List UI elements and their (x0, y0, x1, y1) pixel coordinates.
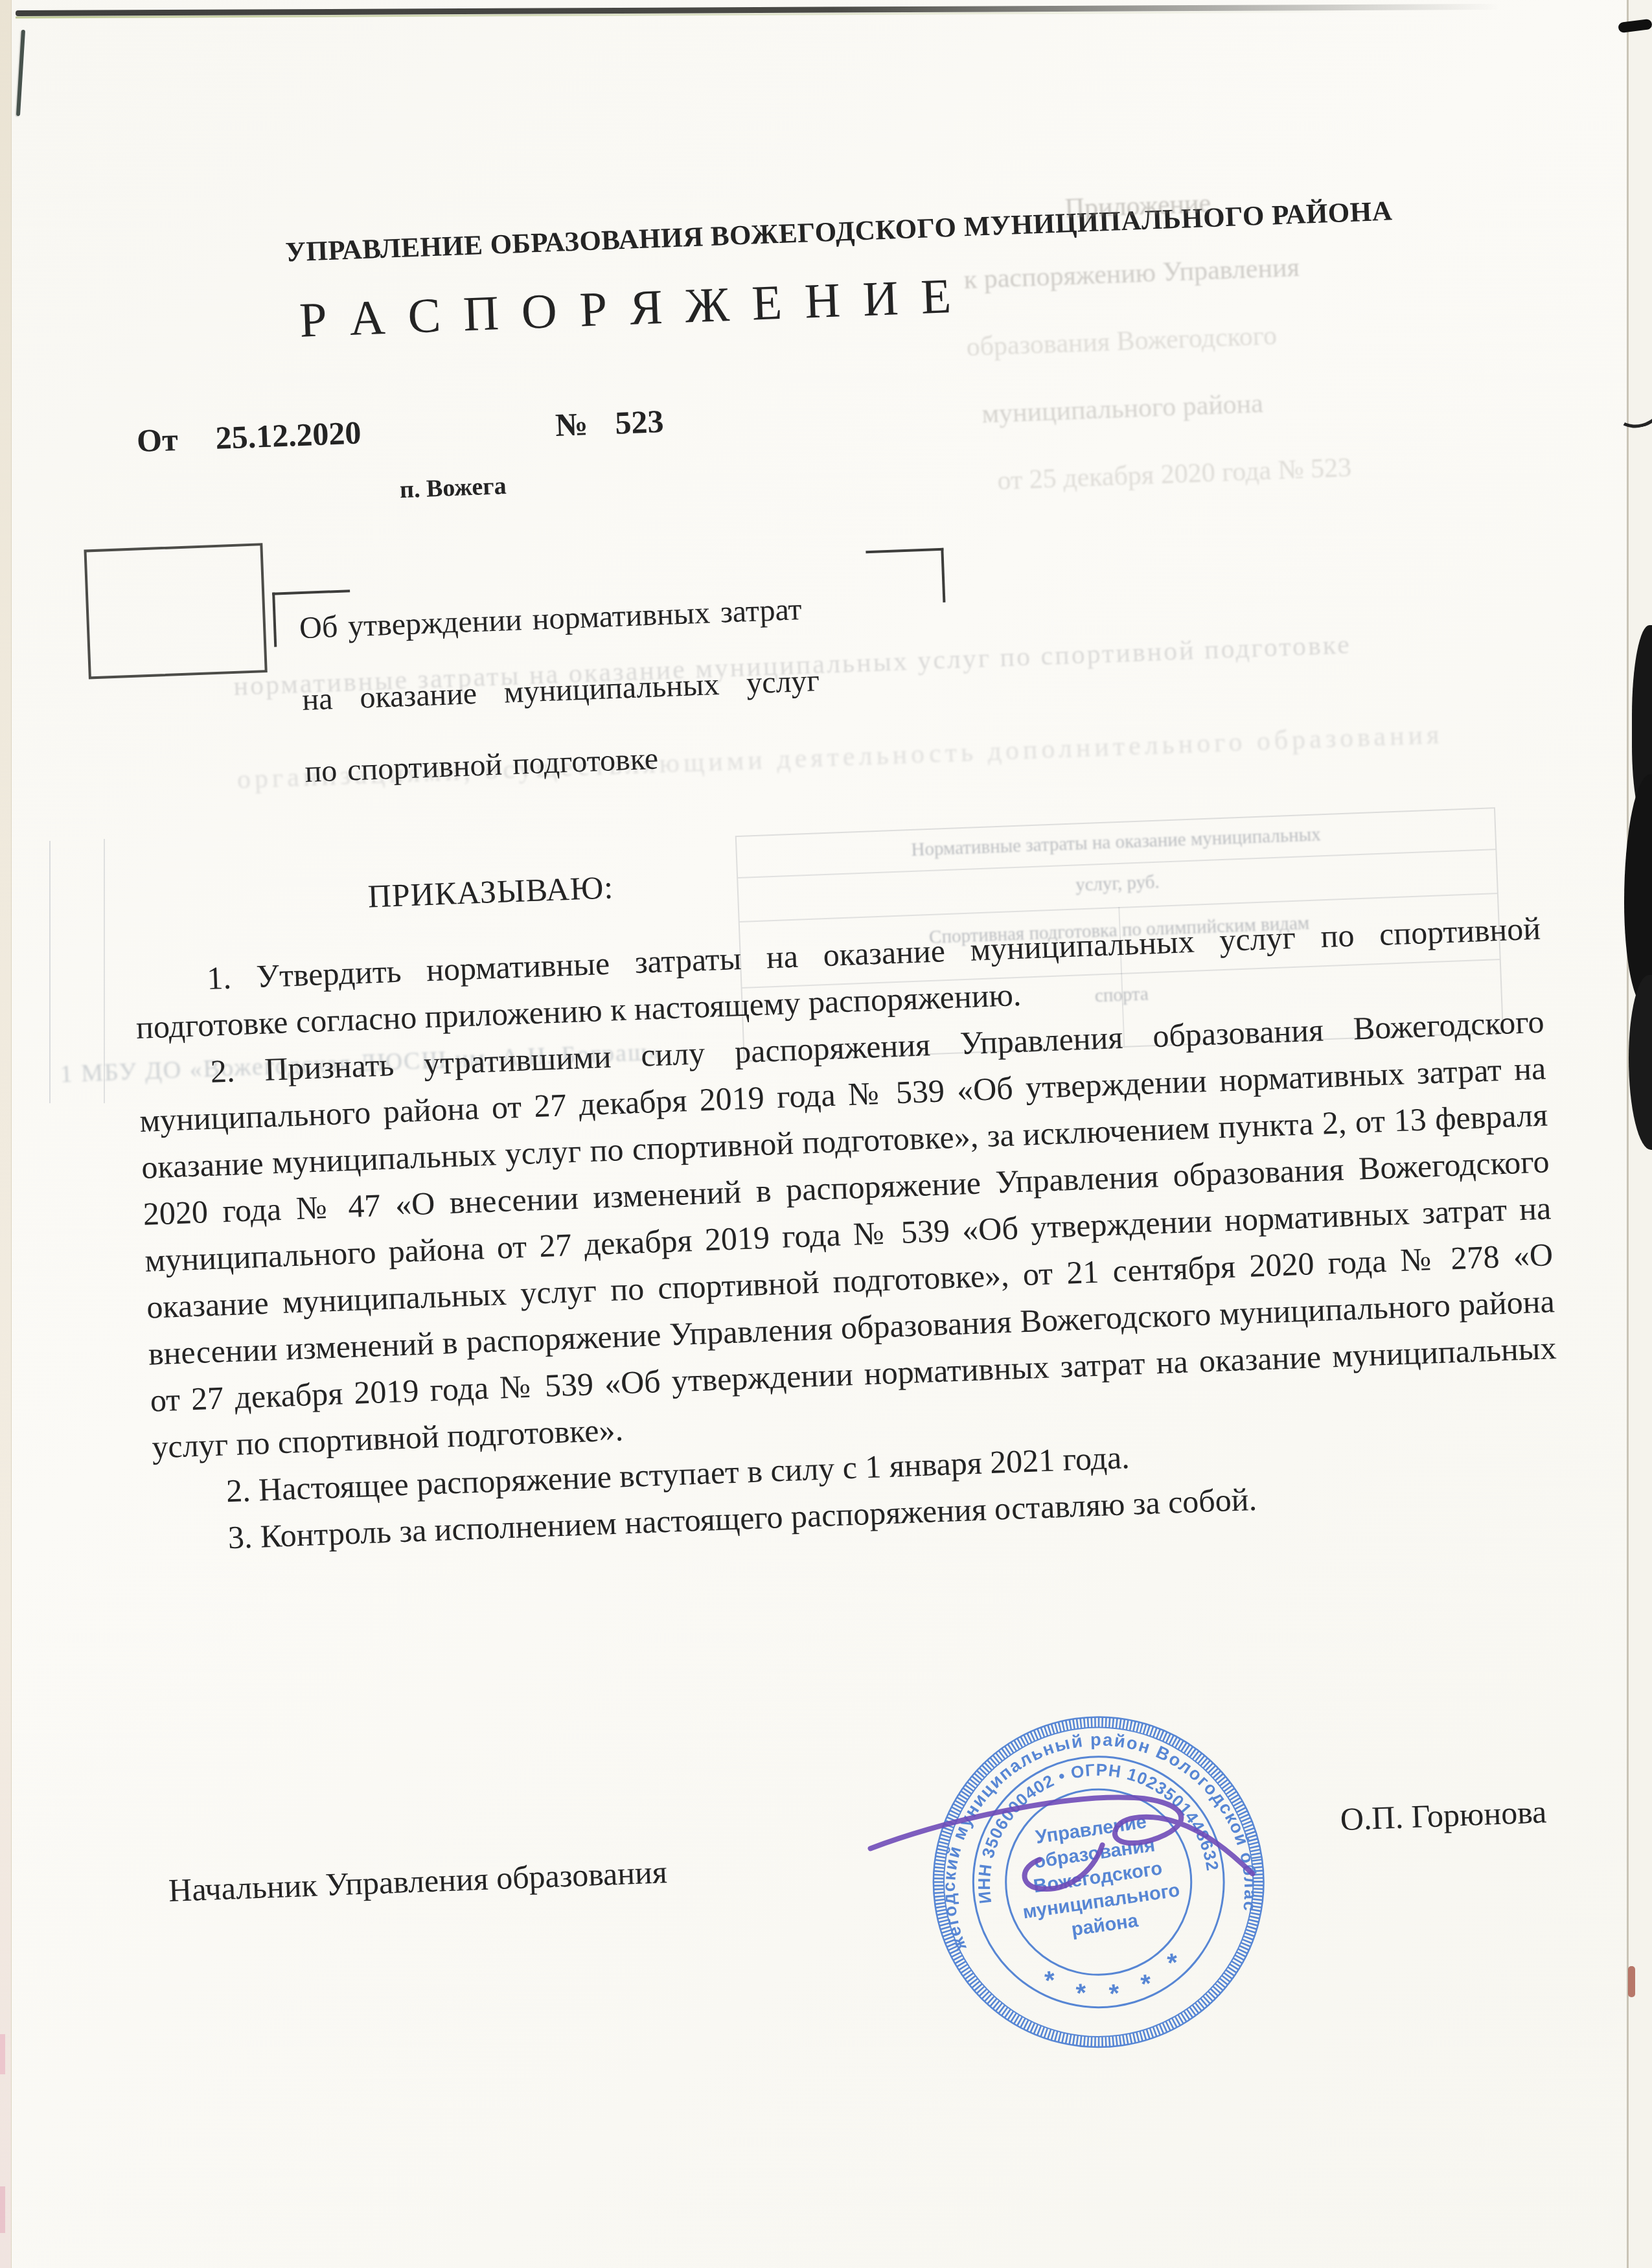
number-label: № (555, 406, 588, 443)
document-body: 1. Утвердить нормативные затраты на оказ… (133, 905, 1563, 1564)
signer-name: О.П. Горюнова (1340, 1793, 1548, 1865)
bleedthrough-table-text: Нормативные затраты на оказание муниципа… (737, 818, 1495, 867)
subject-corner-bracket-left (272, 590, 350, 595)
scan-artifact-red-mark (1628, 1966, 1635, 1997)
scan-left-edge-strip (0, 0, 12, 2268)
subject-line: Об утверждении нормативных затрат (299, 583, 1028, 646)
signature-scribble (841, 1745, 1300, 1930)
scan-artifact-pink-mark (0, 2034, 5, 2074)
date-label: От (136, 421, 179, 459)
bleedthrough-table-column-line (49, 841, 51, 1103)
empty-requisites-box (84, 543, 267, 679)
stamp-asterisk: * (1043, 1965, 1057, 1996)
scanned-document-page: Приложение к распоряжению Управления обр… (0, 0, 1652, 2268)
order-keyword: ПРИКАЗЫВАЮ: (367, 868, 614, 915)
paragraph: 2. Признать утратившими силу распоряжени… (137, 998, 1559, 1471)
stamp-asterisk: * (1165, 1947, 1180, 1978)
staple-mark (16, 30, 25, 116)
subject-corner-bracket-left (272, 593, 277, 647)
bleedthrough-table-text: услуг, руб. (739, 859, 1497, 909)
stamp-asterisk: * (1139, 1969, 1153, 1999)
subject-corner-bracket-right (866, 548, 943, 553)
stamp-asterisk: * (1107, 1978, 1121, 2009)
place-name: п. Вожега (346, 470, 560, 506)
document-type-title: Р А С П О Р Я Ж Е Н И Е (299, 268, 958, 349)
date-number-row: От25.12.2020№523 (136, 402, 664, 459)
bleedthrough-prilozhenie-block: Приложение к распоряжению Управления обр… (960, 157, 1555, 516)
scan-artifact-pink-mark (0, 2186, 5, 2233)
scan-artifact-arc (1609, 384, 1652, 433)
number-value: 523 (614, 403, 664, 441)
stamp-asterisk: * (1074, 1978, 1088, 2008)
subject-line: на оказание муниципальных услуг (301, 655, 1031, 718)
document-content: Приложение к распоряжению Управления обр… (56, 135, 1611, 2268)
document-subject: Об утверждении нормативных затрат на ока… (299, 583, 1035, 826)
scan-artifact-blob (1623, 612, 1652, 1150)
subject-line: по спортивной подготовке (304, 727, 1034, 790)
signer-position: Начальник Управления образования (168, 1853, 668, 1909)
date-value: 25.12.2020 (215, 414, 362, 455)
